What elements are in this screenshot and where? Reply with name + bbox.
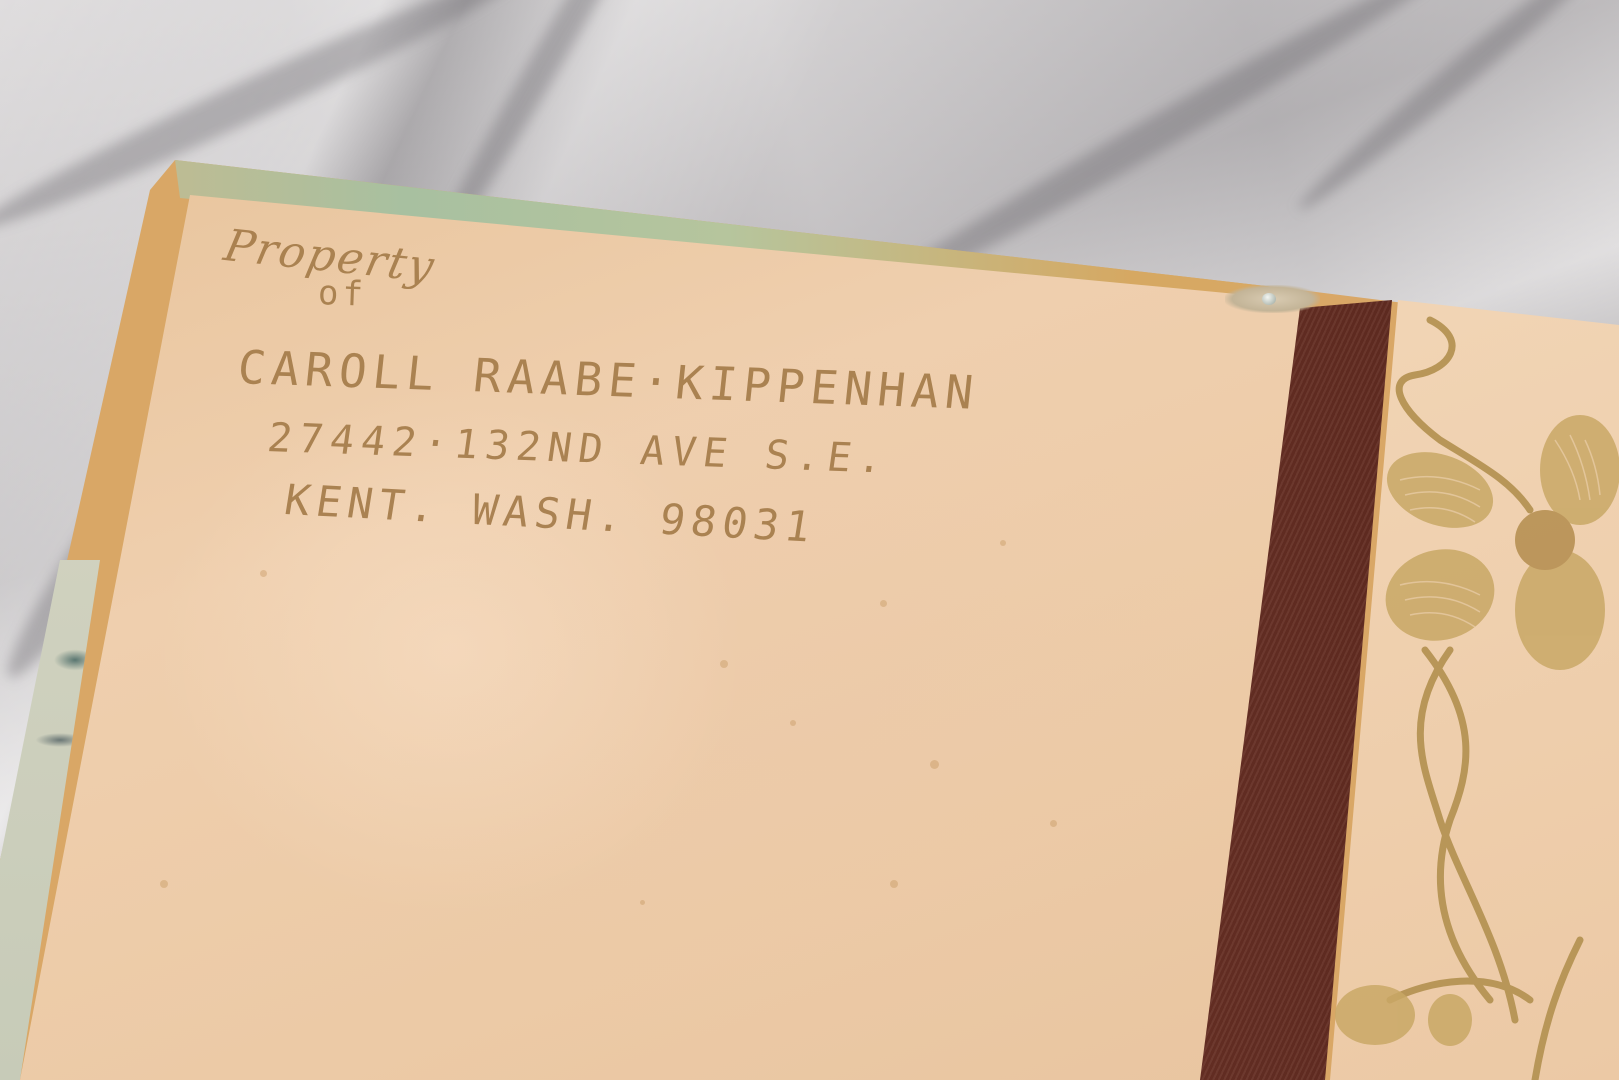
metal-tack	[1262, 293, 1276, 305]
art-nouveau-floral-illustration	[1330, 300, 1619, 1080]
